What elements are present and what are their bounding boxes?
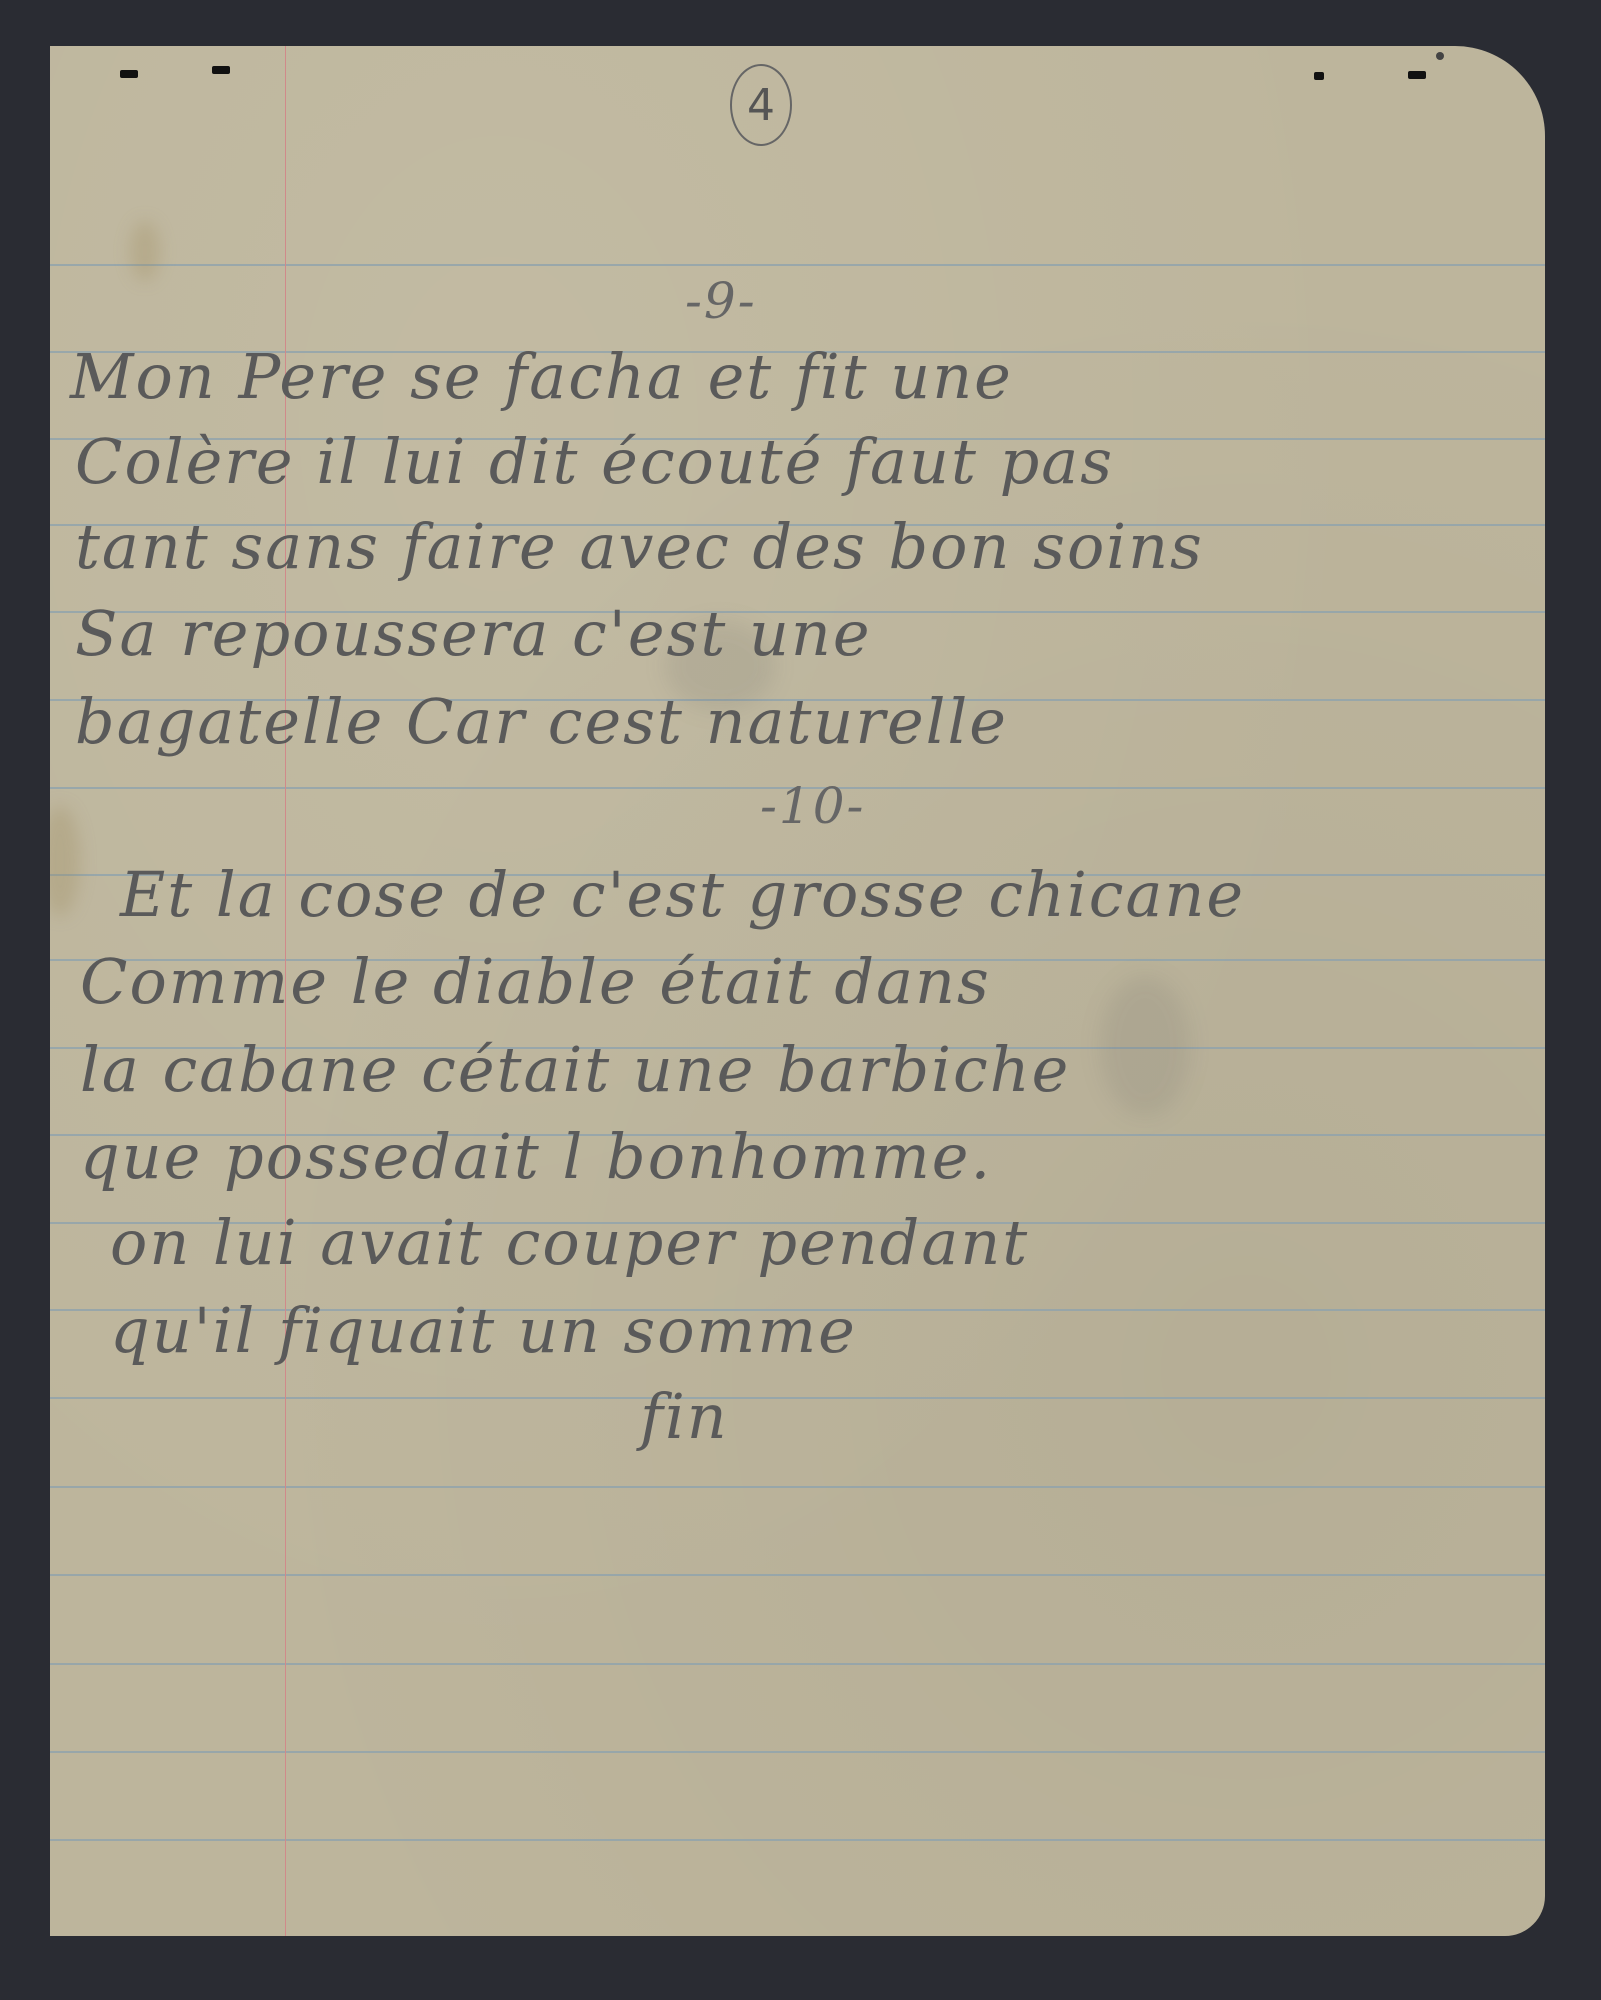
section-number: -10- — [760, 781, 865, 831]
handwritten-line: Colère il lui dit écouté faut pas — [75, 431, 1114, 493]
handwritten-end-mark: fin — [640, 1386, 729, 1448]
paper-stain — [130, 221, 160, 281]
punch-hole — [1314, 72, 1324, 80]
handwritten-line: que possedait l bonhomme. — [80, 1126, 992, 1188]
handwritten-line: la cabane cétait une barbiche — [80, 1039, 1070, 1101]
handwritten-line: bagatelle Car cest naturelle — [75, 691, 1008, 753]
ruled-line — [50, 1397, 1545, 1399]
punch-hole — [212, 66, 230, 74]
paper-stain — [50, 806, 80, 916]
circled-page-number: 4 — [730, 64, 792, 146]
handwritten-line: qu'il fiquait un somme — [110, 1300, 857, 1362]
handwritten-line: Comme le diable était dans — [80, 951, 991, 1013]
ruled-line — [50, 1574, 1545, 1576]
section-number: -9- — [685, 276, 757, 326]
handwritten-line: Et la cose de c'est grosse chicane — [120, 864, 1245, 926]
punch-hole — [1408, 71, 1426, 79]
ruled-line — [50, 1486, 1545, 1488]
ruled-line — [50, 1839, 1545, 1841]
punch-hole — [120, 70, 138, 78]
ruled-line — [50, 1663, 1545, 1665]
pencil-smudge — [1100, 976, 1190, 1116]
dot-mark — [1436, 52, 1444, 60]
handwritten-line: Sa repoussera c'est une — [75, 603, 872, 665]
ruled-line — [50, 264, 1545, 266]
handwritten-line: tant sans faire avec des bon soins — [75, 516, 1204, 578]
lined-paper-sheet: 4 -9- Mon Pere se facha et fit une Colèr… — [50, 46, 1545, 1936]
handwritten-line: Mon Pere se facha et fit une — [70, 346, 1013, 408]
ruled-line — [50, 1751, 1545, 1753]
handwritten-line: on lui avait couper pendant — [110, 1212, 1029, 1274]
